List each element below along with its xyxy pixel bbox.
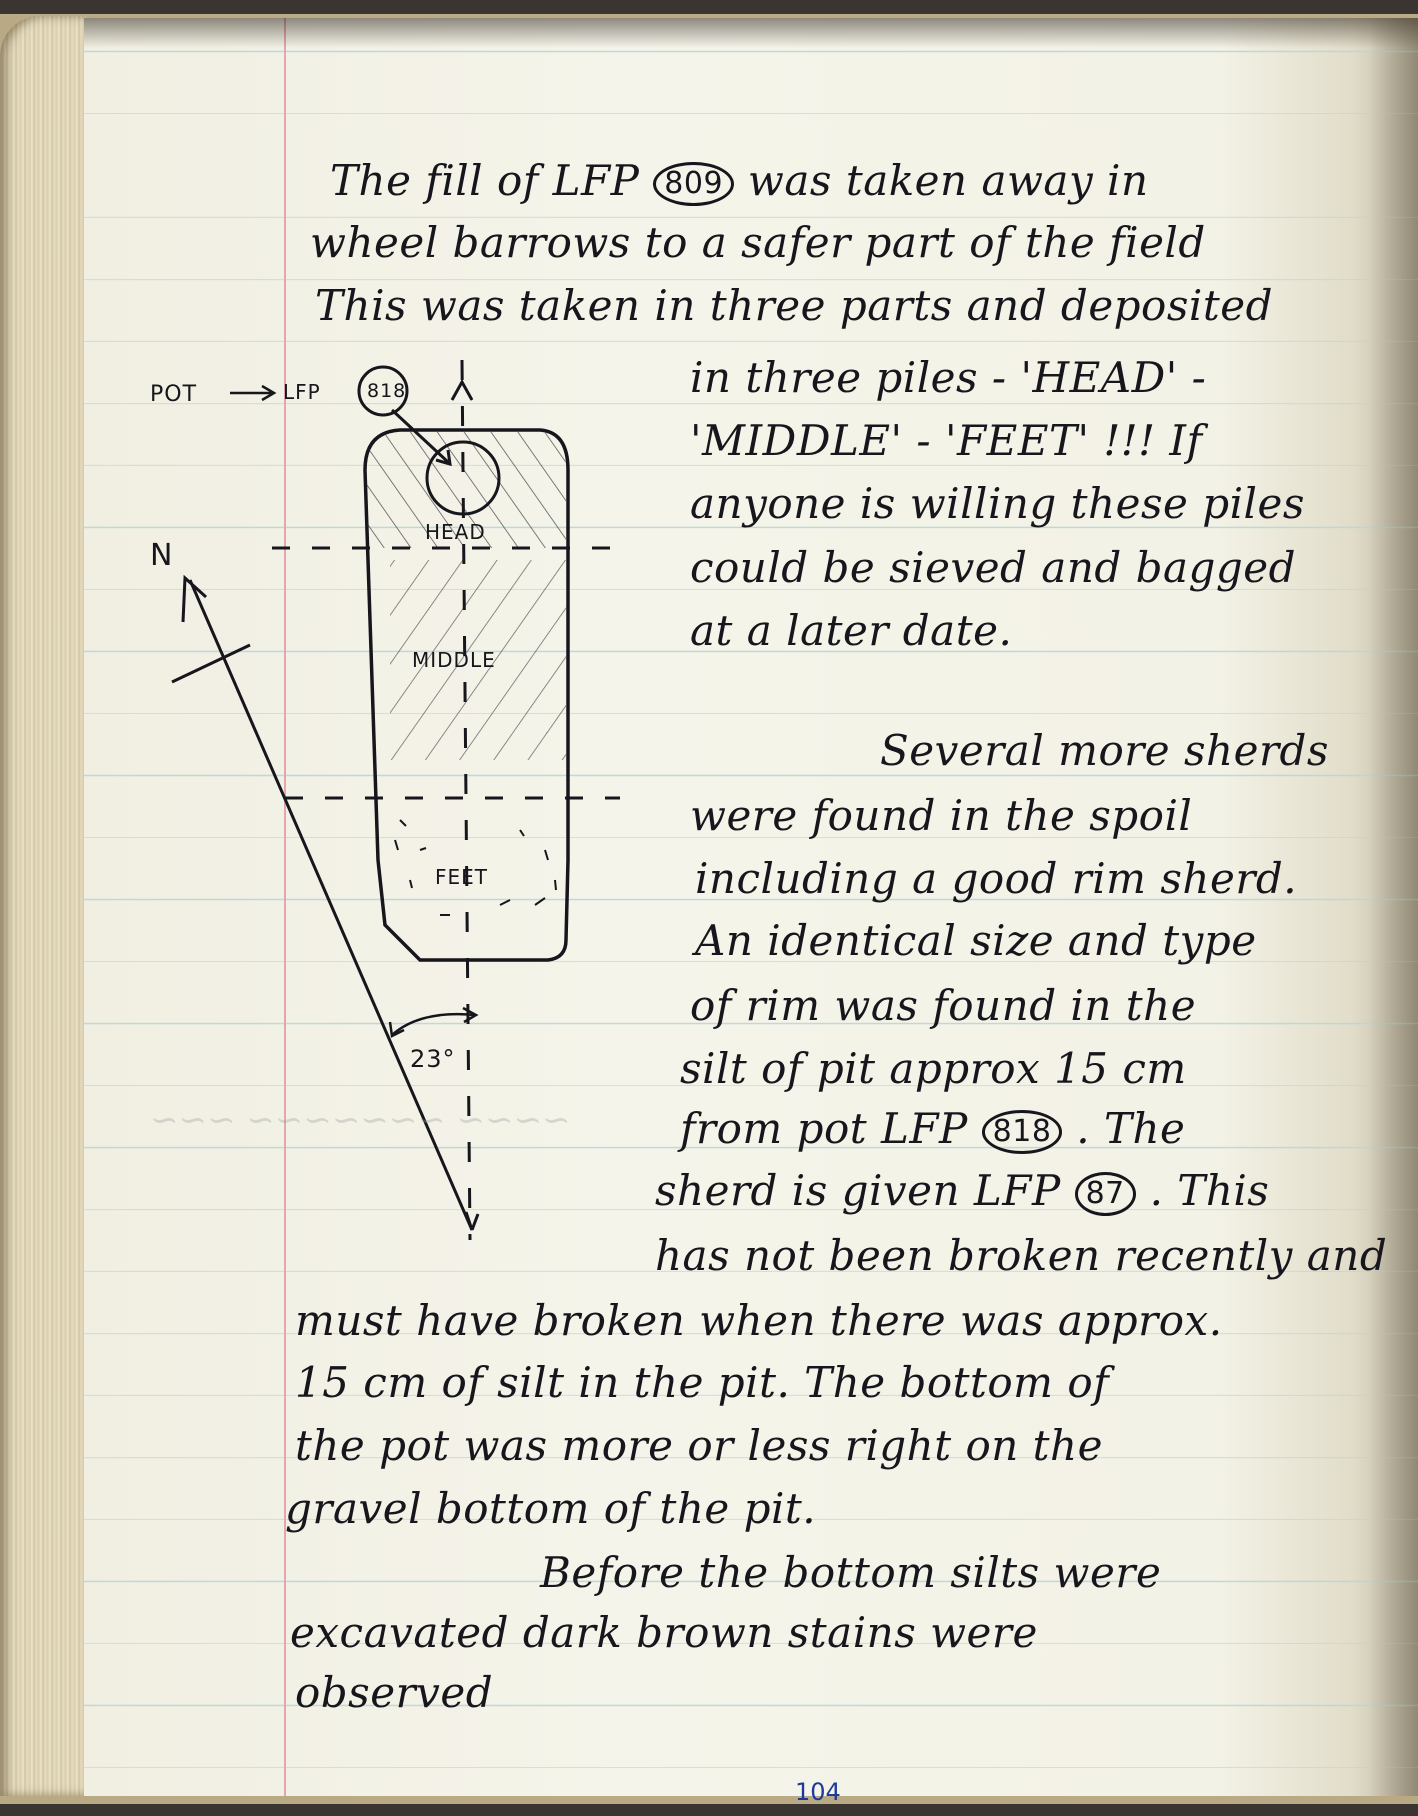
text-line-5: 'MIDDLE' - 'FEET' !!! If [690,420,1203,462]
text-line-22: Before the bottom silts were [540,1552,1161,1594]
show-through-text: ~~~~ ~~~~~~~ ~~~ [150,1100,570,1140]
text-line-7: could be sieved and bagged [690,547,1296,589]
lfp-label: LFP [283,380,321,404]
text-line-16: sherd is given LFP 87 . This [655,1170,1269,1216]
pot-number-label: 818 [367,380,406,402]
text-line-6: anyone is willing these piles [690,483,1305,525]
text-line-1: The fill of LFP 809 was taken away in [330,160,1149,206]
text-line-18: must have broken when there was approx. [295,1300,1223,1342]
text-line-19: 15 cm of silt in the pit. The bottom of [295,1362,1109,1404]
pot-label: POT [150,382,197,407]
text-line-12: An identical size and type [695,920,1257,962]
text-line-21: gravel bottom of the pit. [285,1488,816,1530]
text-line-10: were found in the spoil [690,795,1192,837]
text-line-2: wheel barrows to a safer part of the fie… [310,222,1206,264]
text-line-13: of rim was found in the [690,985,1196,1027]
text-line-15: from pot LFP 818 . The [680,1108,1185,1154]
pit-diagram [0,0,1418,1816]
lfp-87-circled: 87 [1075,1172,1136,1216]
text-line-24: observed [295,1672,493,1714]
angle-label: 23° [410,1045,456,1073]
lfp-809-circled: 809 [653,162,734,206]
text-line-23: excavated dark brown stains were [290,1612,1038,1654]
text-line-9: Several more sherds [880,730,1329,772]
text-line-17: has not been broken recently and [655,1235,1387,1277]
section-head-label: HEAD [425,520,486,544]
lfp-818-circled: 818 [982,1110,1063,1154]
text-line-14: silt of pit approx 15 cm [680,1048,1187,1090]
text-line-8: at a later date. [690,610,1012,652]
section-feet-label: FEET [435,865,488,889]
text-line-11: including a good rim sherd. [695,858,1297,900]
text-line-4: in three piles - 'HEAD' - [690,357,1206,399]
text-line-20: the pot was more or less right on the [295,1425,1103,1467]
section-middle-label: MIDDLE [412,648,496,672]
page-number: 104 [795,1778,841,1806]
text-line-3: This was taken in three parts and deposi… [315,285,1273,327]
north-label: N [150,538,173,573]
